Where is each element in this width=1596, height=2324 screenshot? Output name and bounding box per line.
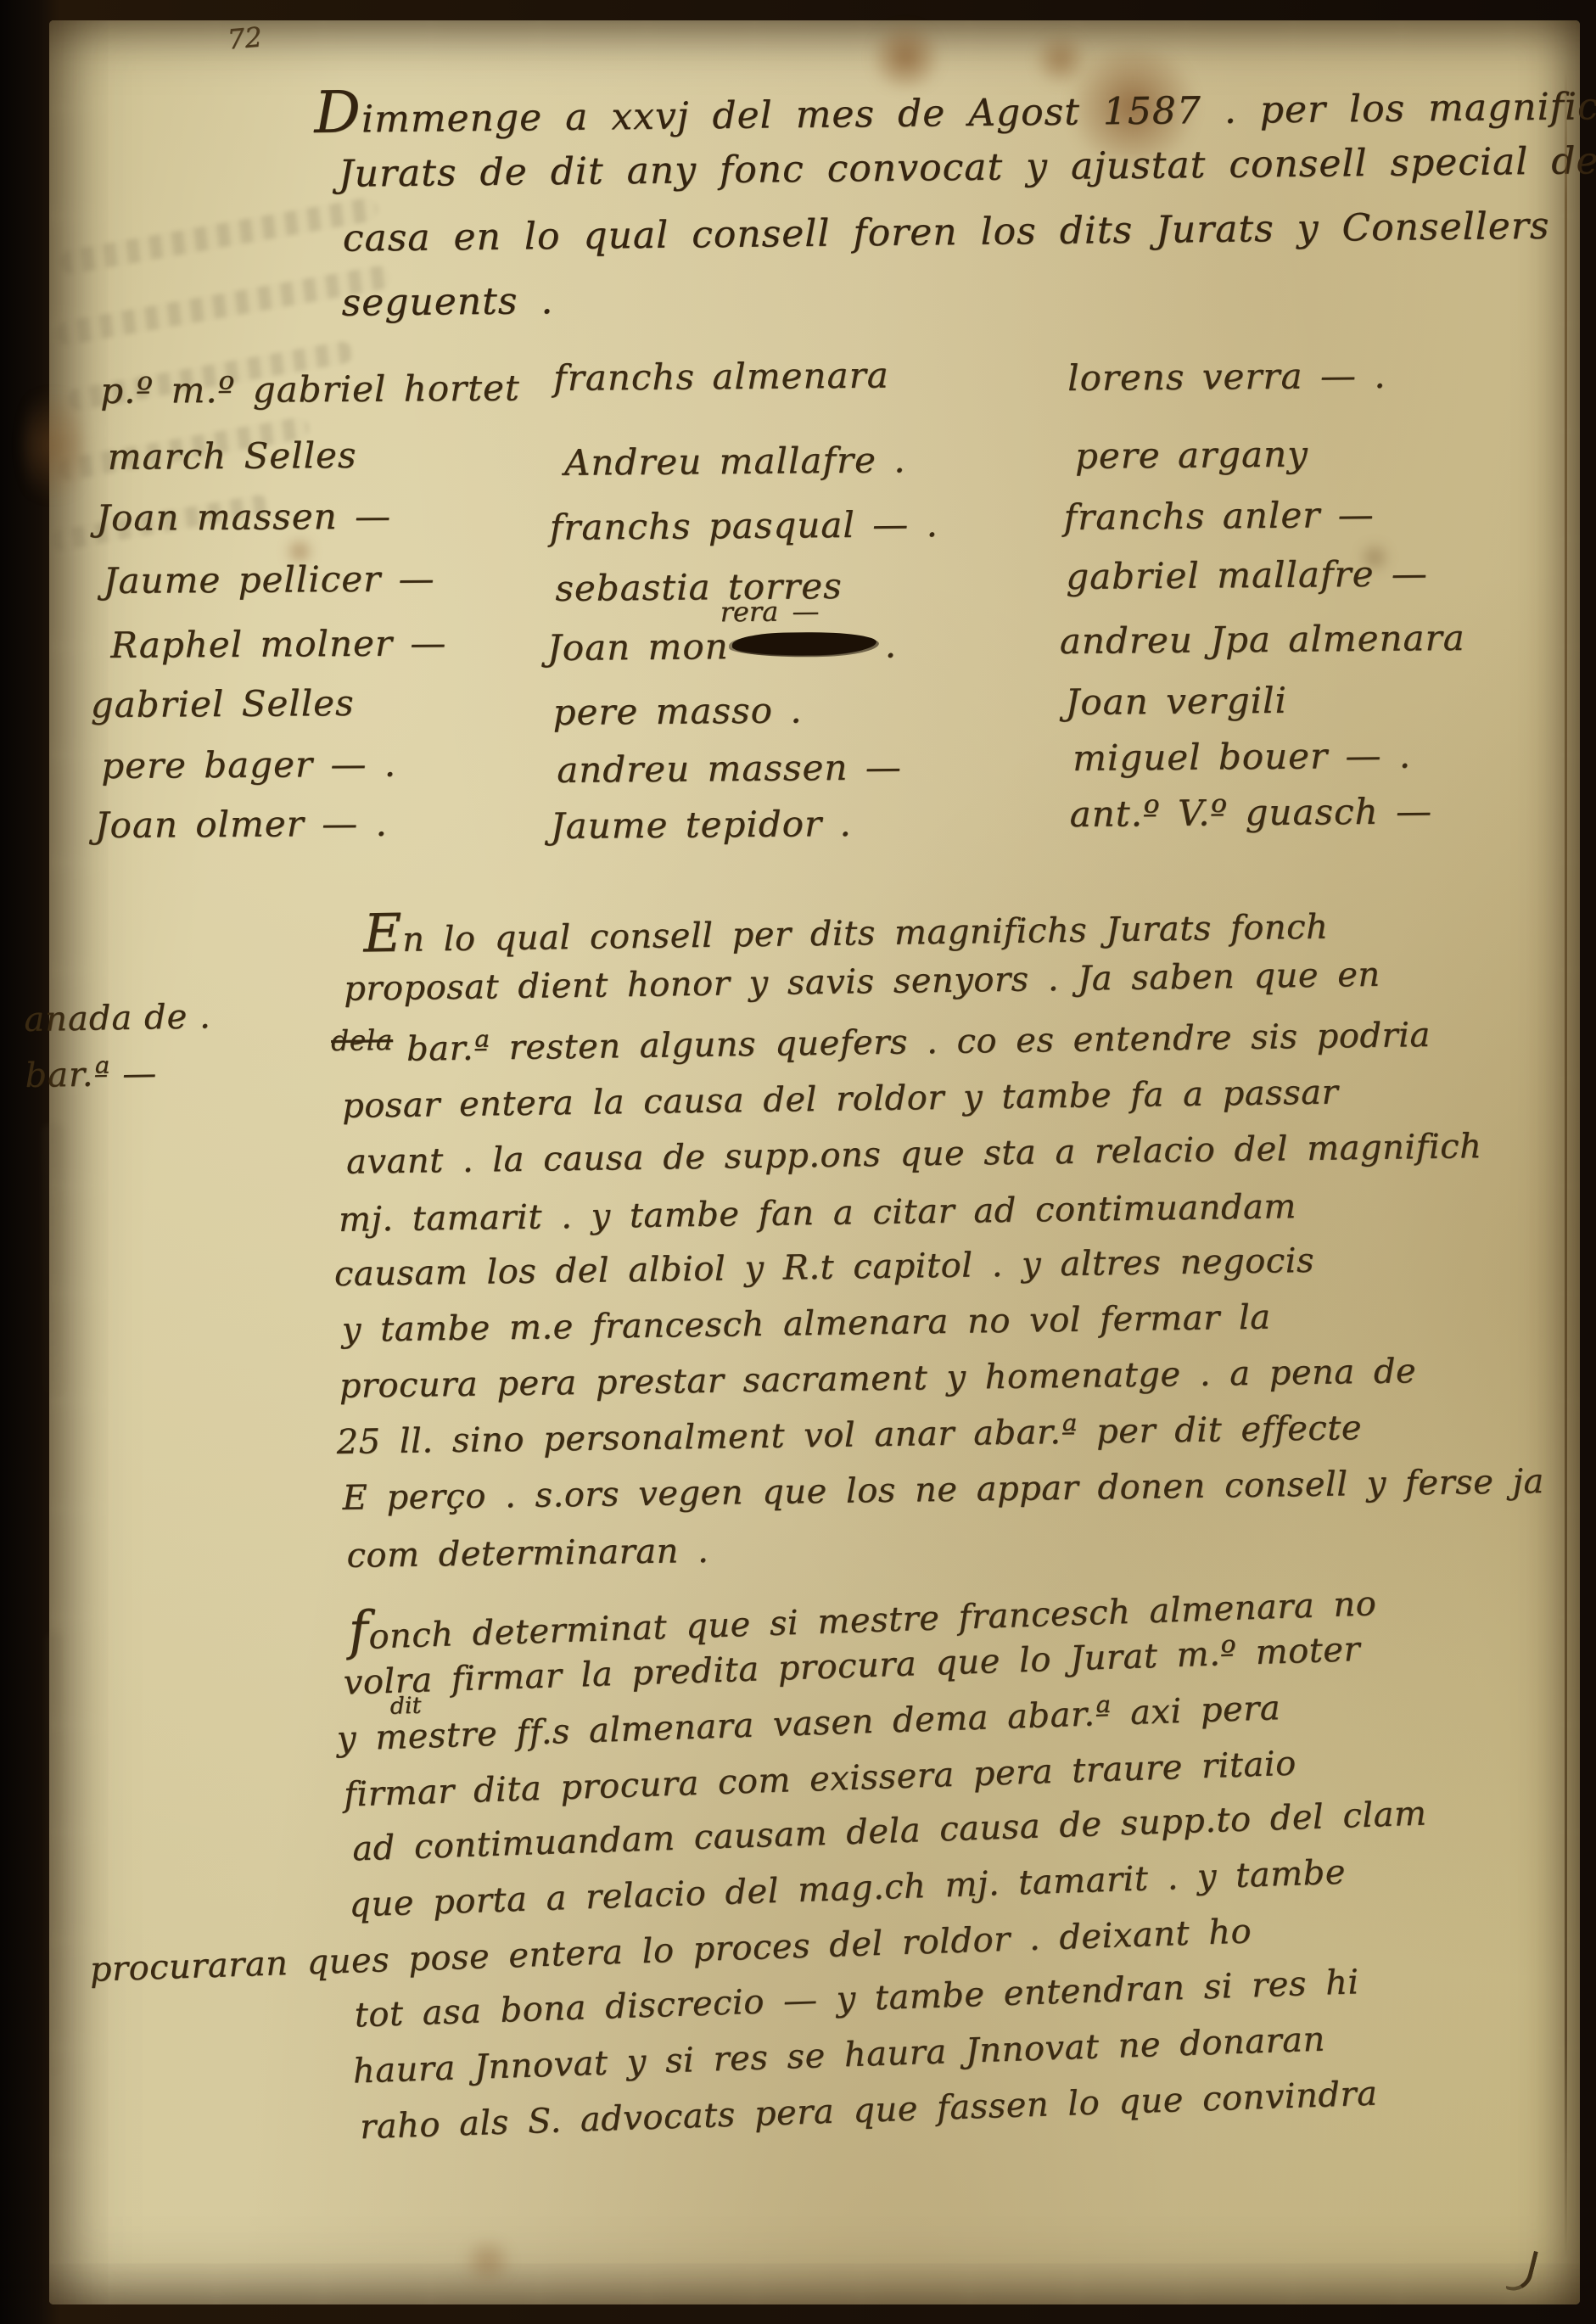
attendee-name: Joan massen — xyxy=(96,499,391,536)
name-text: franchs pasqual — . xyxy=(550,503,939,548)
proposal-line: causam los del albiol y R.t capitol . y … xyxy=(334,1244,1315,1291)
name-text: franchs almenara xyxy=(553,354,889,398)
name-text: pere masso . xyxy=(552,689,802,733)
folio-number: 72 xyxy=(226,20,263,55)
margin-text: bar.ª — xyxy=(25,1054,157,1095)
proposal-text: posar entera la causa del roldor y tambe… xyxy=(342,1072,1339,1125)
proposal-text: E perço . s.ors vegen que los ne appar d… xyxy=(342,1462,1544,1518)
margin-note-line: anada de . xyxy=(24,1000,211,1037)
heading-text: seguents . xyxy=(341,279,553,325)
resolution-text: y mestre ff.s almenara vasen dema abar.ª… xyxy=(336,1688,1281,1759)
proposal-line: y tambe m.e francesch almenara no vol fe… xyxy=(342,1301,1271,1347)
name-text: march Selles xyxy=(108,434,357,478)
bleedthrough-line xyxy=(58,196,379,276)
manuscript-scan: 72 Dimmenge a xxvj del mes de Agost 1587… xyxy=(0,0,1596,2324)
name-text: gabriel Selles xyxy=(91,682,355,725)
proposal-line: procura pera prestar sacrament y homenat… xyxy=(339,1354,1416,1403)
attendee-name: pere masso . xyxy=(552,692,802,731)
attendee-name: franchs almenara xyxy=(553,357,889,395)
attendee-name: andreu Jpa almenara xyxy=(1060,620,1465,659)
proposal-line: mj. tamarit . y tambe fan a citar ad con… xyxy=(339,1190,1296,1237)
stain xyxy=(24,373,83,518)
proposal-text: causam los del albiol y R.t capitol . y … xyxy=(334,1241,1315,1294)
name-text: pere bager — . xyxy=(101,743,396,787)
page-edge-crease xyxy=(1565,70,1567,2259)
resolution-line: que porta a relacio del mag.ch mj. tamar… xyxy=(349,1856,1347,1923)
name-text: . xyxy=(884,624,897,665)
name-text: andreu massen — xyxy=(557,746,902,791)
name-text: Joan vergili xyxy=(1065,680,1287,723)
heading-line: Jurats de dit any fonc convocat y ajusta… xyxy=(339,143,1596,193)
stain xyxy=(865,25,946,89)
struck-word: dela xyxy=(331,1026,393,1055)
proposal-text: procura pera prestar sacrament y homenat… xyxy=(339,1352,1416,1406)
attendee-name: Raphel molner — xyxy=(110,625,446,664)
proposal-text: bar.ª resten alguns quefers . co es ente… xyxy=(406,1016,1431,1069)
name-text: pere argany xyxy=(1075,433,1308,476)
attendee-name: franchs anler — xyxy=(1063,497,1374,535)
proposal-text: proposat dient honor y savis senyors . J… xyxy=(344,955,1380,1009)
name-text: Raphel molner — xyxy=(110,622,446,666)
margin-note-line: bar.ª — xyxy=(25,1056,157,1093)
name-text: ant.º V.º guasch — xyxy=(1069,790,1432,835)
proposal-line: com determinaran . xyxy=(346,1534,708,1573)
heading-text: Dimmenge a xxvj del mes de Agost 1587 . … xyxy=(314,85,1596,142)
resolution-line: raho als S. advocats pera que fassen lo … xyxy=(359,2076,1378,2144)
proposal-line: posar entera la causa del roldor y tambe… xyxy=(342,1075,1339,1123)
name-text: lorens verra — . xyxy=(1067,355,1386,399)
resolution-line: haura Jnnovat y si res se haura Jnnovat … xyxy=(352,2023,1325,2089)
bleedthrough-streak xyxy=(46,1632,63,2074)
margin-text: anada de . xyxy=(24,997,211,1039)
name-text: gabriel mallafre — xyxy=(1066,552,1428,597)
attendee-name: ant.º V.º guasch — xyxy=(1069,793,1432,832)
attendee-name: Jaume pellicer — xyxy=(104,561,435,599)
ink-mark xyxy=(1505,2247,1538,2295)
heading-text: Jurats de dit any fonc convocat y ajusta… xyxy=(339,139,1596,196)
inserted-correction: rera — xyxy=(720,597,819,625)
attendee-name: lorens verra — . xyxy=(1067,358,1386,396)
heading-line: seguents . xyxy=(341,283,553,322)
attendee-name-with-blot: Joan mon. rera — xyxy=(547,627,897,666)
heading-line: casa en lo qual consell foren los dits J… xyxy=(343,208,1550,258)
proposal-text: com determinaran . xyxy=(346,1532,708,1576)
heading-line: Dimmenge a xxvj del mes de Agost 1587 . … xyxy=(314,78,1596,139)
attendee-name: Joan olmer — . xyxy=(95,806,388,843)
attendee-name: miguel bouer — . xyxy=(1072,737,1411,776)
heading-text: casa en lo qual consell foren los dits J… xyxy=(343,204,1550,260)
name-text: Jaume pellicer — xyxy=(104,557,435,602)
proposal-line: avant . la causa de supp.ons que sta a r… xyxy=(346,1129,1482,1179)
attendee-name: gabriel Selles xyxy=(91,686,355,723)
inserted-word: dit xyxy=(389,1694,422,1718)
proposal-line-with-strikeout: delabar.ª resten alguns quefers . co es … xyxy=(331,1018,1431,1067)
attendee-name: andreu massen — xyxy=(557,749,902,788)
name-text: andreu Jpa almenara xyxy=(1060,617,1465,662)
resolution-line-with-insertion: y mestre ff.s almenara vasen dema abar.ª… xyxy=(336,1691,1280,1756)
attendee-name: Joan vergili xyxy=(1065,683,1287,720)
name-text: miguel bouer — . xyxy=(1072,734,1411,778)
bleedthrough-streak xyxy=(42,1123,64,1395)
name-text: Joan massen — xyxy=(96,496,391,539)
name-text: Joan mon xyxy=(547,625,729,669)
name-text: Joan olmer — . xyxy=(95,803,388,846)
attendee-name: gabriel mallafre — xyxy=(1066,556,1428,595)
ink-blot xyxy=(732,632,876,656)
attendee-name: franchs pasqual — . xyxy=(550,507,938,546)
name-text: Andreu mallafre . xyxy=(564,439,906,484)
attendee-name: pere bager — . xyxy=(101,747,396,784)
attendee-name: p.º m.º gabriel hortet xyxy=(100,371,520,409)
parchment-page: 72 Dimmenge a xxvj del mes de Agost 1587… xyxy=(49,20,1580,2304)
attendee-name: Jaume tepidor . xyxy=(551,806,852,844)
attendee-name: march Selles xyxy=(108,438,357,475)
proposal-line: 25 ll. sino personalment vol anar abar.ª… xyxy=(336,1411,1362,1459)
name-text: Jaume tepidor . xyxy=(551,803,852,847)
attendee-name: Andreu mallafre . xyxy=(564,442,906,481)
name-text: franchs anler — xyxy=(1063,494,1374,538)
proposal-text: mj. tamarit . y tambe fan a citar ad con… xyxy=(339,1187,1296,1240)
proposal-line: E perço . s.ors vegen que los ne appar d… xyxy=(342,1464,1544,1515)
proposal-line: En lo qual consell per dits magnifichs J… xyxy=(363,901,1329,958)
proposal-text: En lo qual consell per dits magnifichs J… xyxy=(363,908,1329,960)
proposal-text: 25 ll. sino personalment vol anar abar.ª… xyxy=(336,1408,1362,1462)
proposal-text: y tambe m.e francesch almenara no vol fe… xyxy=(342,1298,1271,1350)
proposal-text: avant . la causa de supp.ons que sta a r… xyxy=(346,1127,1482,1182)
proposal-line: proposat dient honor y savis senyors . J… xyxy=(344,958,1380,1006)
attendee-name: pere argany xyxy=(1075,436,1308,473)
stain xyxy=(458,2240,518,2282)
name-text: p.º m.º gabriel hortet xyxy=(100,367,520,412)
